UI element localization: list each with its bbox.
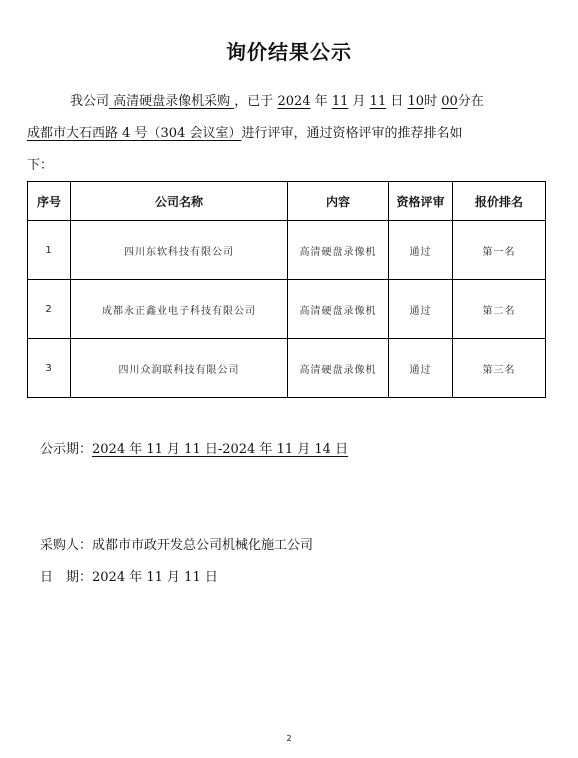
review-minute: 00 [441,94,458,109]
table-row: 2 成都永正鑫业电子科技有限公司 高清硬盘录像机 通过 第二名 [28,280,546,339]
cell-rank: 第二名 [453,280,546,339]
publicity-value: 2024 年 11 月 11 日-2024 年 11 月 14 日 [92,442,348,457]
review-month: 11 [332,94,349,109]
day-unit: 日 [390,94,403,109]
review-year: 2024 [277,94,310,109]
intro-mid: ，已于 [234,94,273,109]
cell-no: 1 [28,221,71,280]
publicity-label: 公示期： [40,442,92,457]
intro-suffix: 进行评审，通过资格评审的推荐排名如 [241,126,462,141]
page-title: 询价结果公示 [0,36,578,65]
cell-content: 高清硬盘录像机 [288,280,389,339]
minute-unit: 分在 [458,94,484,109]
intro-line-2: 成都市大石西路 4 号（304 会议室）进行评审，通过资格评审的推荐排名如 [27,118,540,150]
header-content: 内容 [288,182,389,221]
header-rank: 报价排名 [453,182,546,221]
cell-review: 通过 [389,339,453,398]
header-company: 公司名称 [71,182,288,221]
cell-company: 四川众润联科技有限公司 [71,339,288,398]
intro-line-1: 我公司 高清硬盘录像机采购 ，已于 2024 年 11 月 11 日 10时 0… [40,86,540,118]
purchaser-value: 成都市市政开发总公司机械化施工公司 [92,538,313,553]
cell-rank: 第三名 [453,339,546,398]
date-label: 日 期： [40,570,92,585]
results-table: 序号 公司名称 内容 资格评审 报价排名 1 四川东软科技有限公司 高清硬盘录像… [27,181,546,398]
cell-content: 高清硬盘录像机 [288,221,389,280]
purchaser-label: 采购人： [40,538,92,553]
table-row: 3 四川众润联科技有限公司 高清硬盘录像机 通过 第三名 [28,339,546,398]
review-day: 11 [370,94,387,109]
cell-rank: 第一名 [453,221,546,280]
cell-review: 通过 [389,221,453,280]
cell-content: 高清硬盘录像机 [288,339,389,398]
table-row: 1 四川东软科技有限公司 高清硬盘录像机 通过 第一名 [28,221,546,280]
cell-company: 四川东软科技有限公司 [71,221,288,280]
project-name: 高清硬盘录像机采购 [109,94,234,109]
intro-line-3: 下： [27,150,540,182]
date-value: 2024 年 11 月 11 日 [92,570,218,585]
header-review: 资格评审 [389,182,453,221]
cell-no: 3 [28,339,71,398]
purchaser-line: 采购人：成都市市政开发总公司机械化施工公司 [40,534,313,553]
intro-paragraph: 我公司 高清硬盘录像机采购 ，已于 2024 年 11 月 11 日 10时 0… [40,86,540,182]
publicity-period: 公示期：2024 年 11 月 11 日-2024 年 11 月 14 日 [40,438,348,457]
cell-company: 成都永正鑫业电子科技有限公司 [71,280,288,339]
date-line: 日 期：2024 年 11 月 11 日 [40,566,218,585]
year-unit: 年 [315,94,328,109]
table-header-row: 序号 公司名称 内容 资格评审 报价排名 [28,182,546,221]
intro-prefix: 我公司 [70,94,109,109]
cell-review: 通过 [389,280,453,339]
review-hour: 10 [408,94,425,109]
review-location: 成都市大石西路 4 号（304 会议室） [27,126,241,141]
hour-unit: 时 [424,94,437,109]
header-no: 序号 [28,182,71,221]
intro-tail: 下： [27,158,53,173]
cell-no: 2 [28,280,71,339]
month-unit: 月 [353,94,366,109]
page-number: 2 [0,734,578,743]
